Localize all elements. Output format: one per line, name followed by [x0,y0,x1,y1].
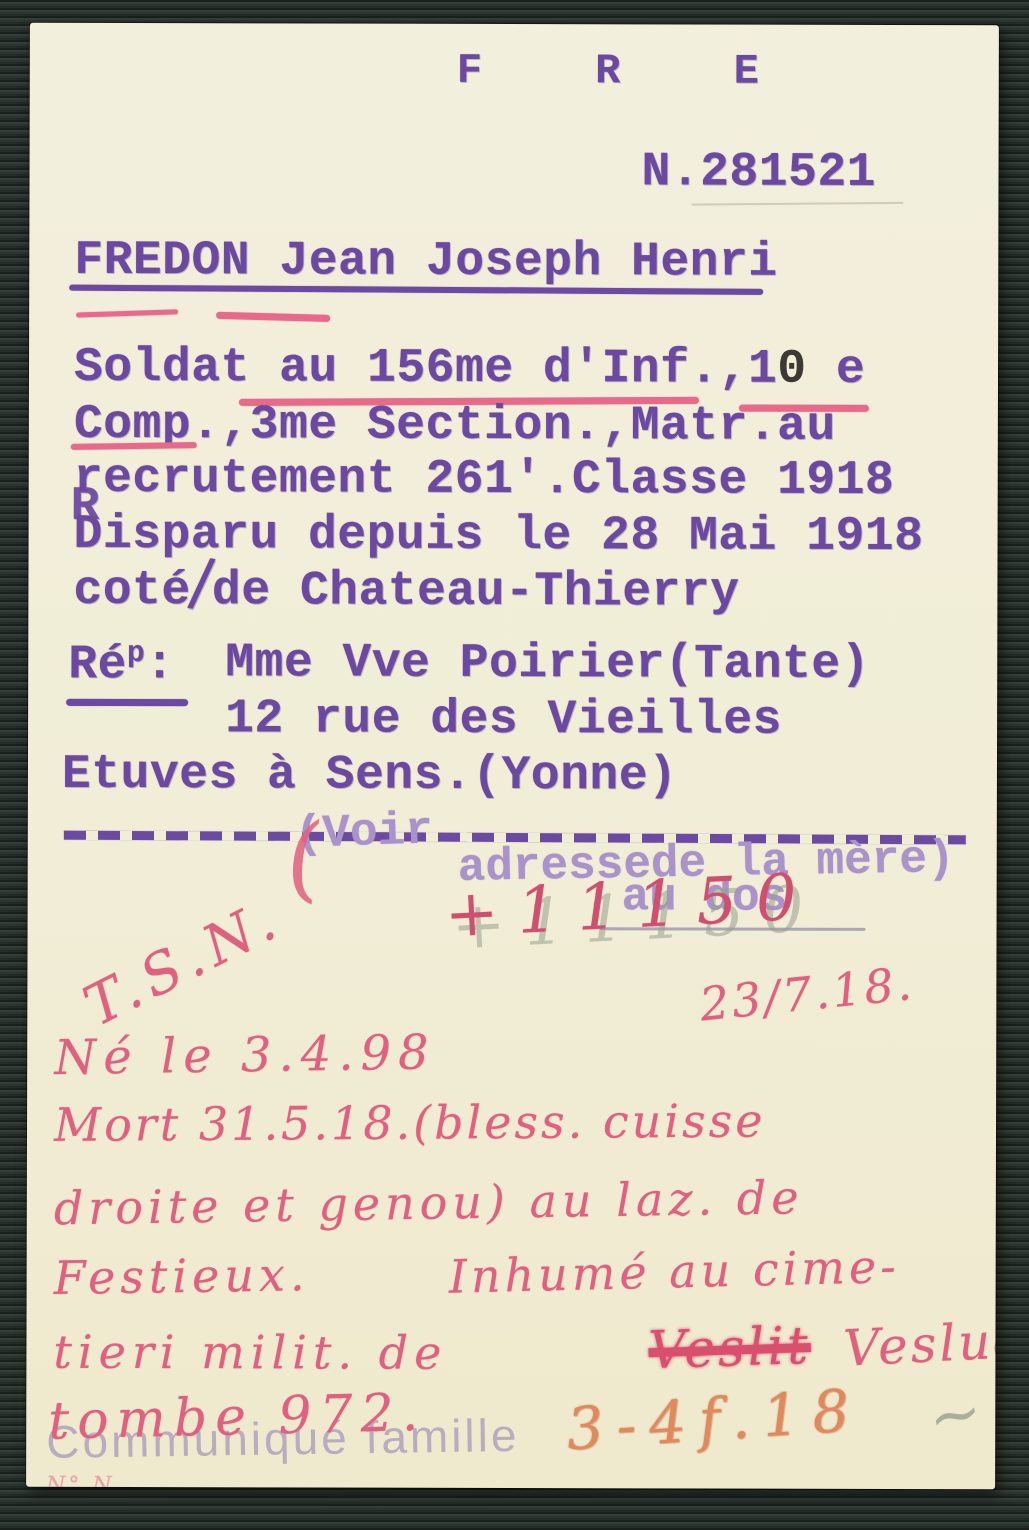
place-pre: coté [73,564,190,618]
family-notified-date: 3-4f.18 [565,1381,864,1459]
tsn-annotation: T.S.N. [76,890,291,1036]
index-card: F R E N.281521 FREDON Jean Joseph Henri … [26,23,999,1490]
corrected-place: Veslud [842,1315,999,1374]
pencil-scratch-line [691,202,903,206]
unit-line-zero-pencil: 0 [777,343,806,397]
recruitment-line: recrutement 261'.Classe 1918 [74,455,895,505]
red-check-mark-1 [76,309,178,317]
noted-date: 23/7.18. [698,960,917,1028]
grave-number: +11150 [443,865,817,947]
pencil-squiggle: ~ [922,1378,991,1452]
tomb-number: tombe 972. [48,1387,427,1448]
place-line: coté/de Chateau-Thierry [73,567,739,617]
unit-line-pre: Soldat au [74,341,367,396]
rep-sup: p [127,636,145,670]
faint-corner-note: N° N [46,1475,115,1489]
born-line: Né le 3.4.98 [54,1028,436,1082]
contact-name: Mme Vve Poirier(Tante) [225,639,870,689]
place-overstrike-slash: / [184,553,218,629]
photo-backdrop: F R E N.281521 FREDON Jean Joseph Henri … [0,0,1029,1530]
death-line-3a: Festieux. [53,1251,309,1301]
rep-pre: Ré [68,638,127,692]
unit-line: Soldat au 156me d'Inf.,10 e [74,344,865,394]
red-check-mark-2 [216,312,330,322]
contact-city: Etuves à Sens.(Yonne) [62,751,678,801]
contact-street: 12 rue des Vieilles [225,695,782,744]
death-line-1: Mort 31.5.18.(bless. cuisse [54,1098,766,1148]
crossed-out-place: Veslit [648,1320,812,1377]
death-line-2: droite et genou) au laz. de [54,1174,804,1231]
rep-colon: : [145,638,174,692]
unit-line-suffix: e [807,343,866,397]
rep-label: Rép: [68,639,174,690]
rep-underline [66,699,188,706]
death-line-4a: tieri milit. de [53,1329,447,1376]
routing-code: F R E [457,50,803,93]
unit-line-regiment: 156me d'Inf., [367,342,748,397]
death-line-3b: Inhumé au cime- [448,1243,900,1300]
soldier-name: FREDON Jean Joseph Henri [74,237,777,287]
card-number: N.281521 [641,148,876,197]
place-post: de Chateau-Thierry [212,564,740,619]
unit-line-one: 1 [748,343,777,397]
